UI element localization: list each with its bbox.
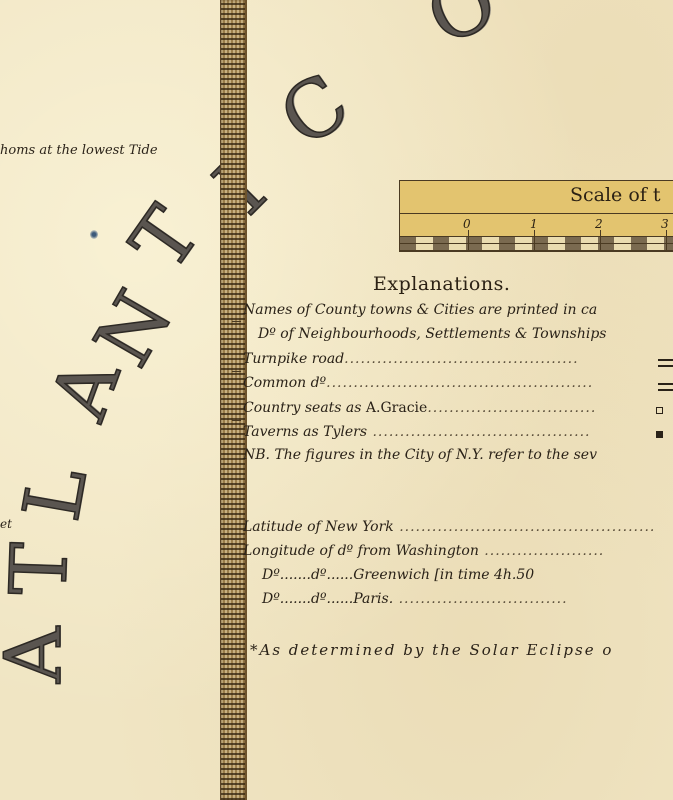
legend-label: Common dº bbox=[243, 375, 326, 391]
scale-tick-mark bbox=[600, 230, 601, 250]
legend-label: Taverns as Tylers bbox=[243, 424, 367, 440]
scale-tick-mark bbox=[666, 230, 667, 250]
leader-dots: ........................................… bbox=[394, 519, 656, 535]
scale-bar: Scale of t 0 1 2 3 bbox=[399, 180, 673, 252]
scale-tick-2: 2 bbox=[595, 217, 603, 231]
scale-tick-mark bbox=[534, 230, 535, 250]
coord-longitude-paris: Dº.......dº......Paris. ................… bbox=[262, 591, 568, 607]
scale-title: Scale of t bbox=[570, 184, 661, 206]
leader-dots: ............................... bbox=[393, 591, 567, 607]
coord-latitude: Latitude of New York ...................… bbox=[243, 519, 655, 535]
legend-text: Dº of Neighbourhoods, Settlements & Town… bbox=[258, 326, 606, 342]
scale-tick-3: 3 bbox=[661, 217, 669, 231]
legend-label: Country seats as bbox=[243, 400, 366, 416]
coord-longitude-greenwich: Dº.......dº......Greenwich [in time 4h.5… bbox=[262, 567, 534, 583]
scale-tick-0: 0 bbox=[463, 217, 471, 231]
tavern-symbol bbox=[656, 431, 663, 438]
scale-band bbox=[400, 236, 673, 251]
legend-line-neighbourhoods: Dº of Neighbourhoods, Settlements & Town… bbox=[258, 326, 606, 342]
legend-example: A.Gracie bbox=[366, 400, 427, 416]
legend-line-nb-note: NB. The figures in the City of N.Y. refe… bbox=[243, 447, 597, 463]
legend-line-county-towns: Names of County towns & Cities are print… bbox=[243, 302, 597, 318]
coord-longitude-washington: Longitude of dº from Washington ........… bbox=[243, 543, 604, 559]
coord-label: Dº.......dº......Greenwich [in time 4h.5… bbox=[262, 567, 534, 583]
coord-label: Latitude of New York bbox=[243, 519, 394, 535]
scale-rule bbox=[400, 213, 673, 214]
leader-dots: ...................... bbox=[479, 543, 604, 559]
legend-line-common-road: Common dº...............................… bbox=[243, 375, 593, 391]
margin-tick bbox=[232, 321, 241, 322]
country-seat-symbol bbox=[656, 407, 663, 414]
legend-text: NB. The figures in the City of N.Y. refe… bbox=[243, 447, 597, 463]
ink-spot bbox=[90, 230, 98, 239]
legend-line-country-seats: Country seats as A.Gracie...............… bbox=[243, 400, 596, 416]
margin-tick bbox=[232, 420, 241, 421]
scale-tick-1: 1 bbox=[530, 217, 538, 231]
turnpike-road-symbol bbox=[658, 359, 673, 367]
legend-line-taverns: Taverns as Tylers ......................… bbox=[243, 424, 590, 440]
margin-tick bbox=[232, 539, 241, 540]
coord-label: Dº.......dº......Paris. bbox=[262, 591, 393, 607]
leader-dots: ........................................ bbox=[367, 424, 590, 440]
ocean-letter-a1: A bbox=[0, 627, 73, 683]
legend-text: Names of County towns & Cities are print… bbox=[243, 302, 597, 318]
legend-label: Turnpike road bbox=[243, 351, 344, 367]
ocean-letter-t1: T bbox=[0, 542, 80, 597]
sounding-note: homs at the lowest Tide bbox=[0, 143, 158, 158]
legend-line-turnpike: Turnpike road...........................… bbox=[243, 351, 579, 367]
footnote-solar-eclipse: *As determined by the Solar Eclipse o bbox=[250, 641, 613, 659]
leader-dots: ........................................… bbox=[326, 375, 593, 391]
scale-tick-mark bbox=[468, 230, 469, 250]
explanations-title: Explanations. bbox=[373, 273, 510, 295]
left-text-fragment: et bbox=[0, 517, 12, 531]
coord-label: Longitude of dº from Washington bbox=[243, 543, 479, 559]
leader-dots: ............................... bbox=[427, 400, 596, 416]
margin-tick bbox=[232, 371, 241, 372]
leader-dots: ........................................… bbox=[344, 351, 578, 367]
common-road-symbol bbox=[658, 383, 673, 391]
